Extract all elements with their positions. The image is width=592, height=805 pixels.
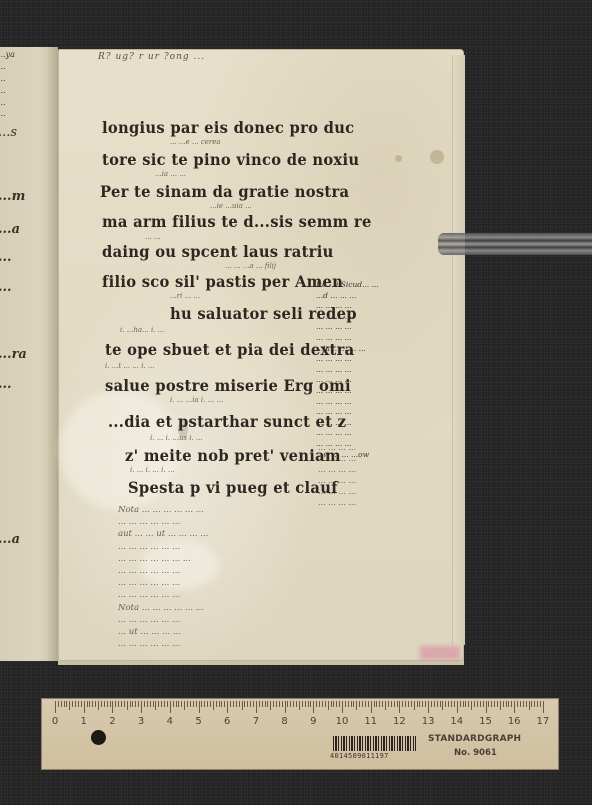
annotation-line: ... ... ... ... ... ... [118,589,468,601]
ruler-tick [193,701,194,707]
ruler-tick [465,701,466,707]
stain-spot [395,155,402,162]
ruler-tick [351,701,352,707]
ruler-tick [181,701,182,707]
ruler-tick [491,701,492,707]
ruler-tick [153,701,154,707]
interlinear-gloss: ... ...e ... cerea [170,138,221,146]
ruler-label: 6 [224,716,230,727]
ruler-tick [213,701,214,710]
ruler-tick [216,701,217,707]
barcode-number: 4014509011197 [330,752,389,760]
ruler-tick [147,701,148,707]
ruler-tick [207,701,208,707]
ruler-model: No. 9061 [454,748,497,758]
pink-stain [420,646,460,660]
ruler-tick [107,701,108,707]
ruler-tick [118,701,119,707]
text-line: salue postre miserie Erg omi [105,376,351,395]
ruler-tick [239,701,240,707]
ruler-tick [517,701,518,707]
text-line: Spesta p vi pueg et clauf [128,478,338,497]
ruler-tick [454,701,455,707]
ruler-tick [316,701,317,707]
ruler-tick [199,701,200,713]
annotation-line: ...d ... ... ... [316,291,466,302]
ruler-tick [474,701,475,707]
ruler-tick [253,701,254,707]
ruler-tick [339,701,340,707]
ruler-tick [270,701,271,710]
interlinear-gloss: ...ie ...uia ... [210,202,252,210]
text-line: filio sco sil' pastis per Amen [102,272,343,291]
ruler-label: 7 [253,716,259,727]
ruler-tick [362,701,363,707]
ruler-tick [61,701,62,707]
ruler-tick [310,701,311,707]
ruler-tick [92,701,93,707]
ruler-tick [445,701,446,707]
text-line: ma arm filius te d...sis semm re [102,212,372,231]
left-fragment: ... [0,280,12,295]
ruler-tick [78,701,79,707]
left-fragment: ...a [0,222,20,237]
ruler-tick [488,701,489,707]
ruler-tick [66,701,67,707]
ruler-tick [155,701,156,710]
ruler-tick [529,701,530,710]
ruler-tick [336,701,337,707]
ruler-tick [204,701,205,707]
text-line: longius par eis donec pro duc [102,118,354,137]
ruler-tick [345,701,346,707]
ruler-tick [463,701,464,707]
ruler-tick [290,701,291,707]
annotation-line: ... ... ... ... [316,301,466,312]
ruler-tick [374,701,375,707]
gutter-fold [48,47,56,661]
ruler-label: 3 [138,716,144,727]
ruler-tick [124,701,125,707]
ruler-tick [236,701,237,707]
ruler-label: 12 [393,716,406,727]
ruler-tick [196,701,197,707]
ruler-tick [141,701,142,713]
annotation-line: ... ... ... ... ... ... [118,541,468,553]
ruler-tick [319,701,320,707]
ruler-label: 0 [52,716,58,727]
annotation-line: ... ... ... ... [316,375,466,386]
ruler-tick [121,701,122,707]
ruler-label: 17 [537,716,550,727]
ruler-tick [511,701,512,707]
ruler-tick [244,701,245,707]
ruler-label: 10 [336,716,349,727]
ruler-tick [477,701,478,707]
ruler-tick [514,701,515,713]
ruler-tick [540,701,541,707]
ruler-tick [296,701,297,707]
ruler-tick [161,701,162,707]
ruler-tick [138,701,139,707]
ruler-tick [437,701,438,707]
interlinear-gloss: ... ... [145,233,161,241]
right-lower-annotation: ... ... ... ... ... ... ... ... ... ... … [318,442,468,508]
annotation-line: ... ... ... ... [316,333,466,344]
annotation-line: ... ... ... ... ... ... [118,638,468,650]
annotation-line: Nota ... ... ... ... ... ... [118,504,468,516]
top-running-note: R? ug? r ur ?ong ... [98,52,205,62]
ruler-tick [520,701,521,707]
ruler-tick [84,701,85,713]
ruler-tick [388,701,389,707]
ruler-tick [150,701,151,707]
ruler-tick [348,701,349,707]
interlinear-gloss: ...ia ... ... [155,170,186,178]
annotation-line: ... ... ... ... [316,322,466,333]
ruler-tick [494,701,495,707]
ruler-tick [219,701,220,707]
left-fragment: ... [0,62,6,71]
ruler-tick [158,701,159,707]
ruler-tick [405,701,406,707]
interlinear-gloss: i. ... ...ia i. ... ... [170,396,223,404]
annotation-line: ... ... ... ... [318,453,468,464]
ruler-tick [440,701,441,707]
ruler-tick [115,701,116,707]
ruler-label: 15 [479,716,492,727]
ruler-tick [382,701,383,707]
ruler-tick [385,701,386,710]
ruler-tick [173,701,174,707]
ruler-tick [190,701,191,707]
ruler-tick [468,701,469,707]
text-line: Per te sinam da gratie nostra [100,182,349,201]
ruler-tick [265,701,266,707]
ruler-tick [531,701,532,707]
ruler-tick [262,701,263,707]
annotation-line: ... ... ... ... [316,312,466,323]
annotation-line: ... ... ... ... ... ... [118,577,468,589]
annotation-line: Ite ...i Sicud... ... [316,280,466,291]
left-fragment: ...m [0,189,25,204]
ruler-tick [302,701,303,707]
annotation-line: ... ... ... ... ... ... [118,565,468,577]
ruler-tick [342,701,343,713]
ruler-tick [287,701,288,707]
ruler-tick [64,701,65,707]
ruler-tick [187,701,188,707]
left-fragment: ... [0,250,12,265]
ruler-tick [242,701,243,710]
ruler-tick [256,701,257,713]
ruler-tick [110,701,111,707]
annotation-line: ... ... ... ... [318,486,468,497]
ruler-label: 1 [81,716,87,727]
ruler-tick [411,701,412,707]
ruler-tick [101,701,102,707]
ruler-label: 2 [109,716,115,727]
annotation-line: ... ... ... ... [316,397,466,408]
ruler-tick [325,701,326,707]
ruler-tick [428,701,429,713]
ruler-tick [247,701,248,707]
ruler-tick [313,701,314,713]
measuring-ruler: 01234567891011121314151617 4014509011197… [41,698,559,770]
left-facing-leaf: ...ya ... ... ... ... ... ...s ...m ...a… [0,47,58,661]
text-line: ...dia et pstarthar sunct et z [108,412,346,431]
ruler-tick [500,701,501,710]
ruler-tick [201,701,202,707]
ruler-tick [273,701,274,707]
annotation-line: ... ... ... ... [316,418,466,429]
ruler-tick [368,701,369,707]
left-fragment: ... [0,98,6,107]
ruler-tick [95,701,96,707]
text-line: daing ou spcent laus ratriu [102,242,334,261]
ruler-hole [91,730,106,745]
left-fragment: ...s [0,125,17,140]
annotation-line: Nota ... ... ... ... ... ... [118,602,468,614]
right-margin-annotation: Ite ...i Sicud... ... ...d ... ... ... .… [316,280,466,460]
ruler-tick [282,701,283,707]
annotation-line: ... ... ... ... [318,442,468,453]
ruler-tick [285,701,286,713]
ruler-tick [328,701,329,710]
ruler-label: 13 [422,716,435,727]
ruler-tick [144,701,145,707]
ruler-tick [89,701,90,707]
ruler-tick [259,701,260,707]
ruler-tick [104,701,105,707]
ruler-tick [178,701,179,707]
barcode [333,736,416,751]
text-line: z' meite nob pret' veniam [125,446,341,465]
ruler-tick [55,701,56,713]
interlinear-gloss: i. ... i. ...us i. ... [150,434,203,442]
ruler-label: 5 [195,716,201,727]
ruler-tick [130,701,131,707]
ruler-tick [176,701,177,707]
annotation-line: ... ... ... ... [318,475,468,486]
interlinear-gloss: i. ...t ... ... i. ... [105,362,155,370]
annotation-line: ...ia... ... ... ... [316,344,466,355]
ruler-tick [112,701,113,713]
annotation-line: ... ut ... ... ... ... [118,626,468,638]
ruler-tick [399,701,400,713]
ruler-tick [72,701,73,707]
ruler-tick [422,701,423,707]
ruler-tick [534,701,535,707]
ruler-tick [81,701,82,707]
interlinear-gloss: ... ... ...a ... filij [225,262,276,270]
ruler-tick [132,701,133,707]
interlinear-gloss: i. ... i. ... i. ... [130,466,175,474]
ruler-brand: STANDARDGRAPH [428,734,521,744]
ruler-tick [365,701,366,707]
ruler-tick [308,701,309,707]
ruler-tick [402,701,403,707]
ruler-tick [451,701,452,707]
ruler-tick [167,701,168,707]
ruler-tick [250,701,251,707]
ruler-tick [164,701,165,707]
ruler-tick [279,701,280,707]
ruler-tick [397,701,398,707]
left-fragment: ... [0,109,6,118]
ruler-tick [293,701,294,707]
ruler-tick [508,701,509,707]
interlinear-gloss: i. ...ha... i. ... [120,326,164,334]
ruler-tick [333,701,334,707]
ruler-label: 16 [508,716,521,727]
annotation-line: ... ... ... ... ... ... [118,614,468,626]
ruler-tick [457,701,458,713]
ruler-tick [442,701,443,710]
left-fragment: ...a [0,532,20,547]
ruler-tick [543,701,544,713]
ruler-tick [135,701,136,707]
annotation-line: ... ... ... ... [316,365,466,376]
ruler-tick [471,701,472,710]
left-fragment: ... [0,74,6,83]
ruler-tick [537,701,538,707]
ruler-tick [227,701,228,713]
ruler-label: 11 [364,716,377,727]
ruler-tick [503,701,504,707]
ruler-tick [221,701,222,707]
ruler-tick [526,701,527,707]
ruler-tick [376,701,377,707]
left-fragment: ...ra [0,347,27,362]
interlinear-gloss: ...ri ... ... [170,292,200,300]
ruler-label: 9 [310,716,316,727]
ruler-tick [322,701,323,707]
ruler-tick [359,701,360,707]
ruler-tick [523,701,524,707]
annotation-line: ... ... ... ... [316,386,466,397]
annotation-line: ... ... ... ... [316,428,466,439]
ruler-tick [69,701,70,710]
ruler-tick [305,701,306,707]
ruler-tick [480,701,481,707]
ruler-tick [210,701,211,707]
ruler-tick [391,701,392,707]
ruler-tick [379,701,380,707]
annotation-line: ... ... ... ... [318,464,468,475]
ruler-tick [419,701,420,707]
left-fragment: ...ya [0,50,15,59]
ruler-tick [506,701,507,707]
ruler-tick [356,701,357,710]
ruler-tick [230,701,231,707]
ruler-tick [276,701,277,707]
ruler-tick [394,701,395,707]
clear-book-strap [438,233,592,255]
ruler-tick [371,701,372,713]
annotation-line: ... ... ... ... [316,407,466,418]
ruler-tick [483,701,484,707]
ruler-tick [58,701,59,707]
ruler-tick [87,701,88,707]
stain-spot [430,150,444,164]
ruler-tick [233,701,234,707]
ruler-tick [434,701,435,707]
ruler-tick [497,701,498,707]
ruler-label: 8 [281,716,287,727]
left-fragment: ... [0,86,6,95]
annotation-line: ... ... ... ... ... ... [118,516,468,528]
text-line: tore sic te pino vinco de noxiu [102,150,359,169]
ruler-tick [414,701,415,710]
ruler-tick [299,701,300,710]
ruler-tick [408,701,409,707]
ruler-tick [417,701,418,707]
ruler-tick [460,701,461,707]
ruler-tick [486,701,487,713]
ruler-tick [267,701,268,707]
ruler-tick [224,701,225,707]
annotation-line: ... ... ... ... ... ... ... [118,553,468,565]
ruler-tick [170,701,171,713]
ruler-tick [98,701,99,710]
ruler-tick [127,701,128,710]
ruler-tick [184,701,185,710]
ruler-label: 14 [450,716,463,727]
ruler-label: 4 [167,716,173,727]
left-fragment: ... [0,377,12,392]
annotation-line: aut ... ... ut ... ... ... ... [118,528,468,540]
ruler-tick [75,701,76,707]
ruler-tick [353,701,354,707]
ruler-tick [448,701,449,707]
ruler-tick [431,701,432,707]
bottom-annotation: Nota ... ... ... ... ... ... ... ... ...… [118,504,468,650]
annotation-line: ... ... ... ... [316,354,466,365]
ruler-tick [425,701,426,707]
ruler-tick [331,701,332,707]
